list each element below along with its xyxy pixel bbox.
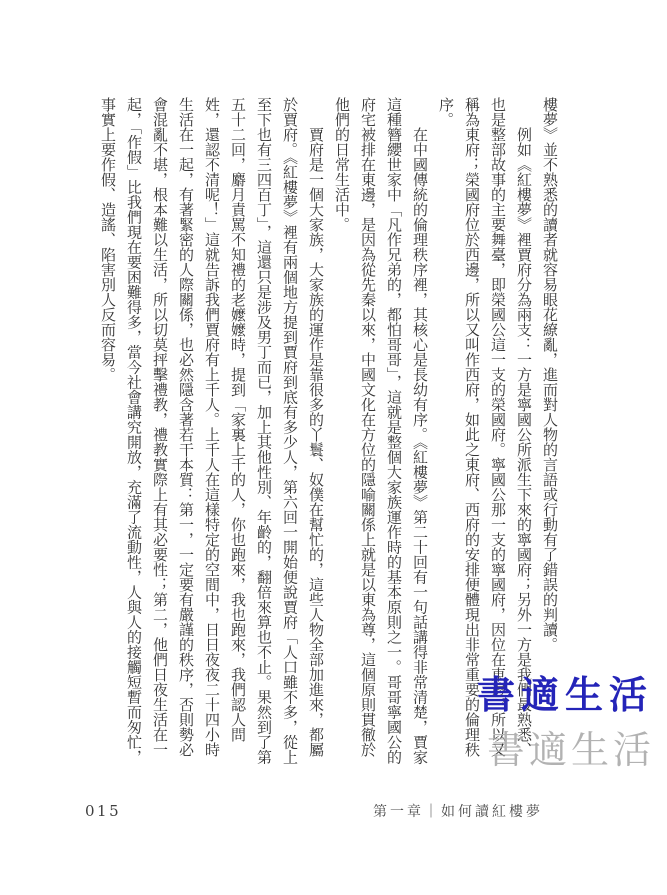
book-page: 樓夢》並不熟悉的讀者就容易眼花繚亂，進而對人物的言語或行動有了錯誤的判讀。 例如… [0, 0, 667, 895]
page-number: 015 [85, 802, 121, 820]
body-paragraph: 例如《紅樓夢》裡賈府分為兩支：一方是寧國公所派生下來的寧國府；另外一方是我們最熟… [433, 97, 537, 765]
body-text-block: 樓夢》並不熟悉的讀者就容易眼花繚亂，進而對人物的言語或行動有了錯誤的判讀。 例如… [95, 97, 563, 765]
body-paragraph: 賈府是一個大家族，大家族的運作是靠很多的丫鬟、奴僕在幫忙的，這些人物全部加進來，… [95, 97, 329, 765]
body-paragraph: 在中國傳統的倫理秩序裡，其核心是長幼有序。《紅樓夢》第二十回有一句話講得非常清楚… [329, 97, 433, 765]
footer-chapter-title: 第一章｜如何讀紅樓夢 [373, 801, 543, 821]
body-paragraph: 樓夢》並不熟悉的讀者就容易眼花繚亂，進而對人物的言語或行動有了錯誤的判讀。 [537, 97, 563, 765]
